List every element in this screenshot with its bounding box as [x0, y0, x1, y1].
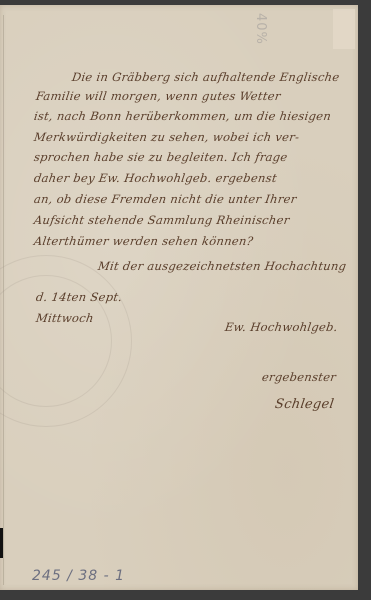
body-line: Aufsicht stehende Sammlung Rheinischer: [33, 213, 291, 227]
body-line: an, ob diese Fremden nicht die unter Ihr…: [33, 192, 298, 206]
body-line: Die in Gräbberg sich aufhaltende Englisc…: [71, 70, 341, 84]
edge-mark: [0, 528, 3, 558]
date-line: d. 14ten Sept.: [35, 290, 123, 304]
body-line: Merkwürdigkeiten zu sehen, wobei ich ver…: [33, 130, 300, 144]
weekday-line: Mittwoch: [35, 311, 95, 325]
salutation-line: Mit der ausgezeichnetsten Hochachtung: [97, 259, 347, 273]
body-line: sprochen habe sie zu begleiten. Ich frag…: [33, 150, 289, 164]
closing-address: Ew. Hochwohlgeb.: [224, 320, 339, 334]
body-line: Alterthümer werden sehen können?: [33, 234, 254, 248]
signature: Schlegel: [274, 397, 335, 412]
paper-repair-patch: [333, 9, 355, 49]
body-line: daher bey Ew. Hochwohlgeb. ergebenst: [33, 171, 278, 185]
letter-paper: 40% Die in Gräbberg sich aufhaltende Eng…: [0, 5, 358, 590]
closing-ergebenster: ergebenster: [261, 370, 337, 384]
body-line: Familie will morgen, wenn gutes Wetter: [35, 89, 282, 103]
archive-stamp: 40%: [253, 13, 268, 45]
body-line: ist, nach Bonn herüberkommen, um die hie…: [33, 109, 332, 123]
shelfmark: 245 / 38 - 1: [32, 568, 125, 584]
